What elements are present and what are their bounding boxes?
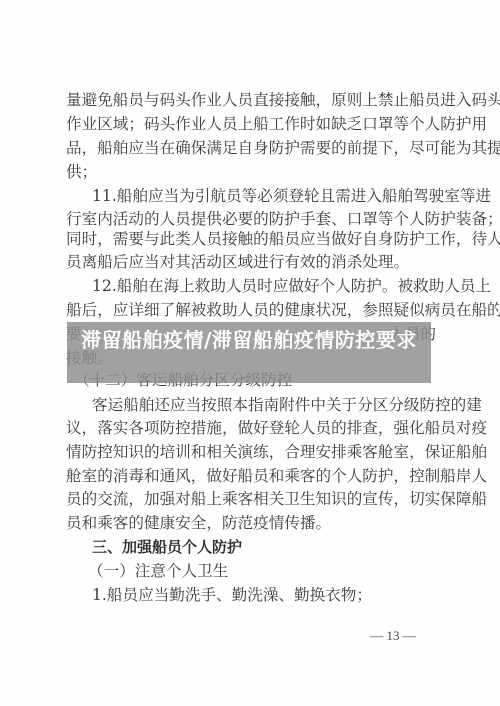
paragraph-line: 议，落实各项防控措施，做好登轮人员的排查，强化船员对疫	[66, 416, 436, 440]
paragraph-line: 员和乘客的健康安全，防范疫情传播。	[66, 511, 436, 535]
section-heading: 三、加强船员个人防护	[92, 535, 432, 559]
paragraph-line: 员离船后应当对其活动区域进行有效的消杀处理。	[66, 250, 436, 274]
paragraph-line: 客运船舶还应当按照本指南附件中关于分区分级防控的建	[92, 393, 436, 417]
subsection-heading: （一）注意个人卫生	[88, 559, 428, 583]
paragraph-line: 员的交流，加强对船上乘客相关卫生知识的宣传，切实保障船	[66, 487, 436, 511]
paragraph-line: 情防控知识的培训和相关演练，合理安排乘客舱室，保证船舶	[66, 440, 436, 464]
paragraph-line: 舱室的消毒和通风，做好船员和乘客的个人防护，控制船岸人	[66, 464, 436, 488]
paragraph-line: 同时，需要与此类人员接触的船员应当做好自身防护工作，待人	[66, 227, 436, 251]
paragraph-line: 品，船舶应当在确保满足自身防护需要的前提下，尽可能为其提	[66, 136, 436, 160]
paragraph-line: 船后，应详细了解被救助人员的健康状况，参照疑似病员在船的	[66, 298, 436, 322]
list-item: 1.船员应当勤洗手、勤洗澡、勤换衣物；	[92, 583, 432, 607]
overlay-title: 滞留船舶疫情/滞留船舶疫情防控要求	[73, 329, 425, 352]
title-overlay-banner: 滞留船舶疫情/滞留船舶疫情防控要求	[67, 322, 431, 383]
item-12-line: 12.船舶在海上救助人员时应做好个人防护。被救助人员上	[92, 274, 436, 298]
paragraph-line: 供；	[66, 160, 436, 184]
paragraph-line: 作业区域；码头作业人员上船工作时如缺乏口罩等个人防护用	[66, 112, 436, 136]
page-number: — 13 —	[360, 626, 426, 646]
paragraph-line: 量避免船员与码头作业人员直接接触，原则上禁止船员进入码头	[66, 88, 436, 112]
item-11-line: 11.船舶应当为引航员等必须登轮且需进入船舶驾驶室等进	[92, 184, 436, 208]
